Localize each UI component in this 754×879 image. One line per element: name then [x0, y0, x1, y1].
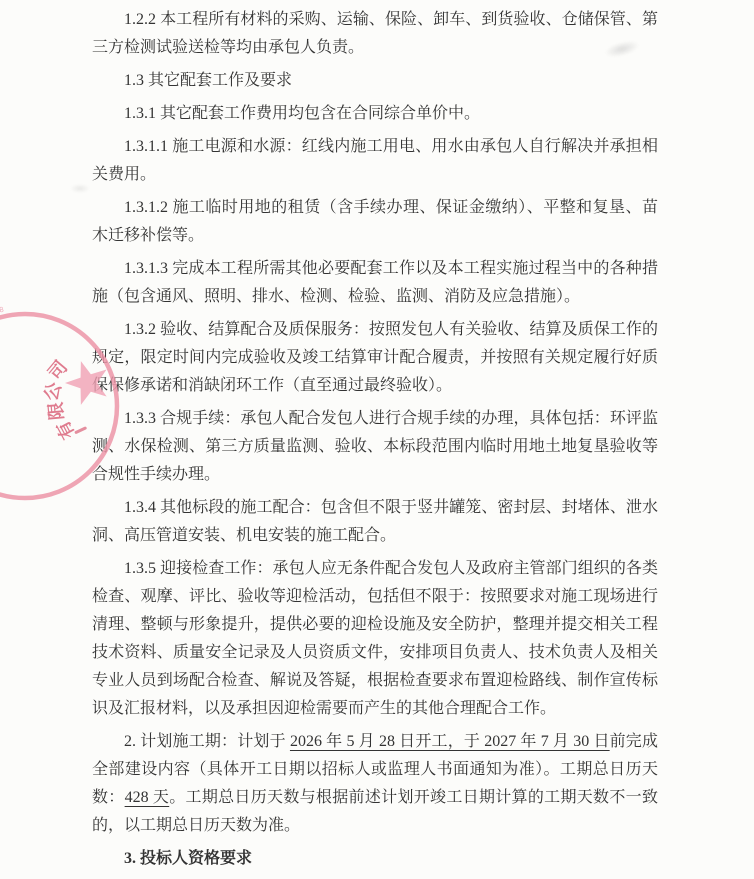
plan-total-days-underlined: 428 天: [125, 789, 170, 806]
paragraph-1-3-1-1: 1.3.1.1 施工电源和水源：红线内施工用电、用水由承包人自行解决并承担相关费…: [92, 133, 658, 189]
section-3-heading: 3. 投标人资格要求: [92, 845, 658, 873]
heading-1-3: 1.3 其它配套工作及要求: [92, 67, 658, 95]
paragraph-1-3-3: 1.3.3 合规手续：承包人配合发包人进行合规手续的办理，具体包括：环评监测、水…: [92, 405, 658, 489]
paragraph-1-3-1: 1.3.1 其它配套工作费用均包含在合同综合单价中。: [92, 100, 658, 128]
paragraph-2-plan-period: 2. 计划施工期：计划于 2026 年 5 月 28 日开工，于 2027 年 …: [92, 728, 658, 840]
paragraph-1-3-1-3: 1.3.1.3 完成本工程所需其他必要配套工作以及本工程实施过程当中的各种措施（…: [92, 255, 658, 311]
paragraph-1-3-2: 1.3.2 验收、结算配合及质保服务：按照发包人有关验收、结算及质保工作的规定，…: [92, 316, 658, 400]
plan-start-end-dates-underlined: 2026 年 5 月 28 日开工，于 2027 年 7 月 30 日: [290, 733, 610, 750]
paragraph-1-3-4: 1.3.4 其他标段的施工配合：包含但不限于竖井罐笼、密封层、封堵体、泄水洞、高…: [92, 494, 658, 550]
paragraph-1-3-1-2: 1.3.1.2 施工临时用地的租赁（含手续办理、保证金缴纳）、平整和复垦、苗木迁…: [92, 194, 658, 250]
scanned-document-page: 司 公 限 有 8001088930108 1.2.2 本工程所有材料的采购、运…: [0, 0, 754, 879]
document-content: 1.2.2 本工程所有材料的采购、运输、保险、卸车、到货验收、仓储保管、第三方检…: [0, 0, 754, 873]
plan-text-segment: 2. 计划施工期：计划于: [124, 733, 290, 750]
plan-text-segment: 。工期总日历天数与根据前述计划开竣工日期计算的工期天数不一致的，以工期总日历天数…: [92, 789, 658, 834]
paragraph-1-3-5: 1.3.5 迎接检查工作：承包人应无条件配合发包人及政府主管部门组织的各类检查、…: [92, 555, 658, 723]
paragraph-1-2-2: 1.2.2 本工程所有材料的采购、运输、保险、卸车、到货验收、仓储保管、第三方检…: [92, 6, 658, 62]
